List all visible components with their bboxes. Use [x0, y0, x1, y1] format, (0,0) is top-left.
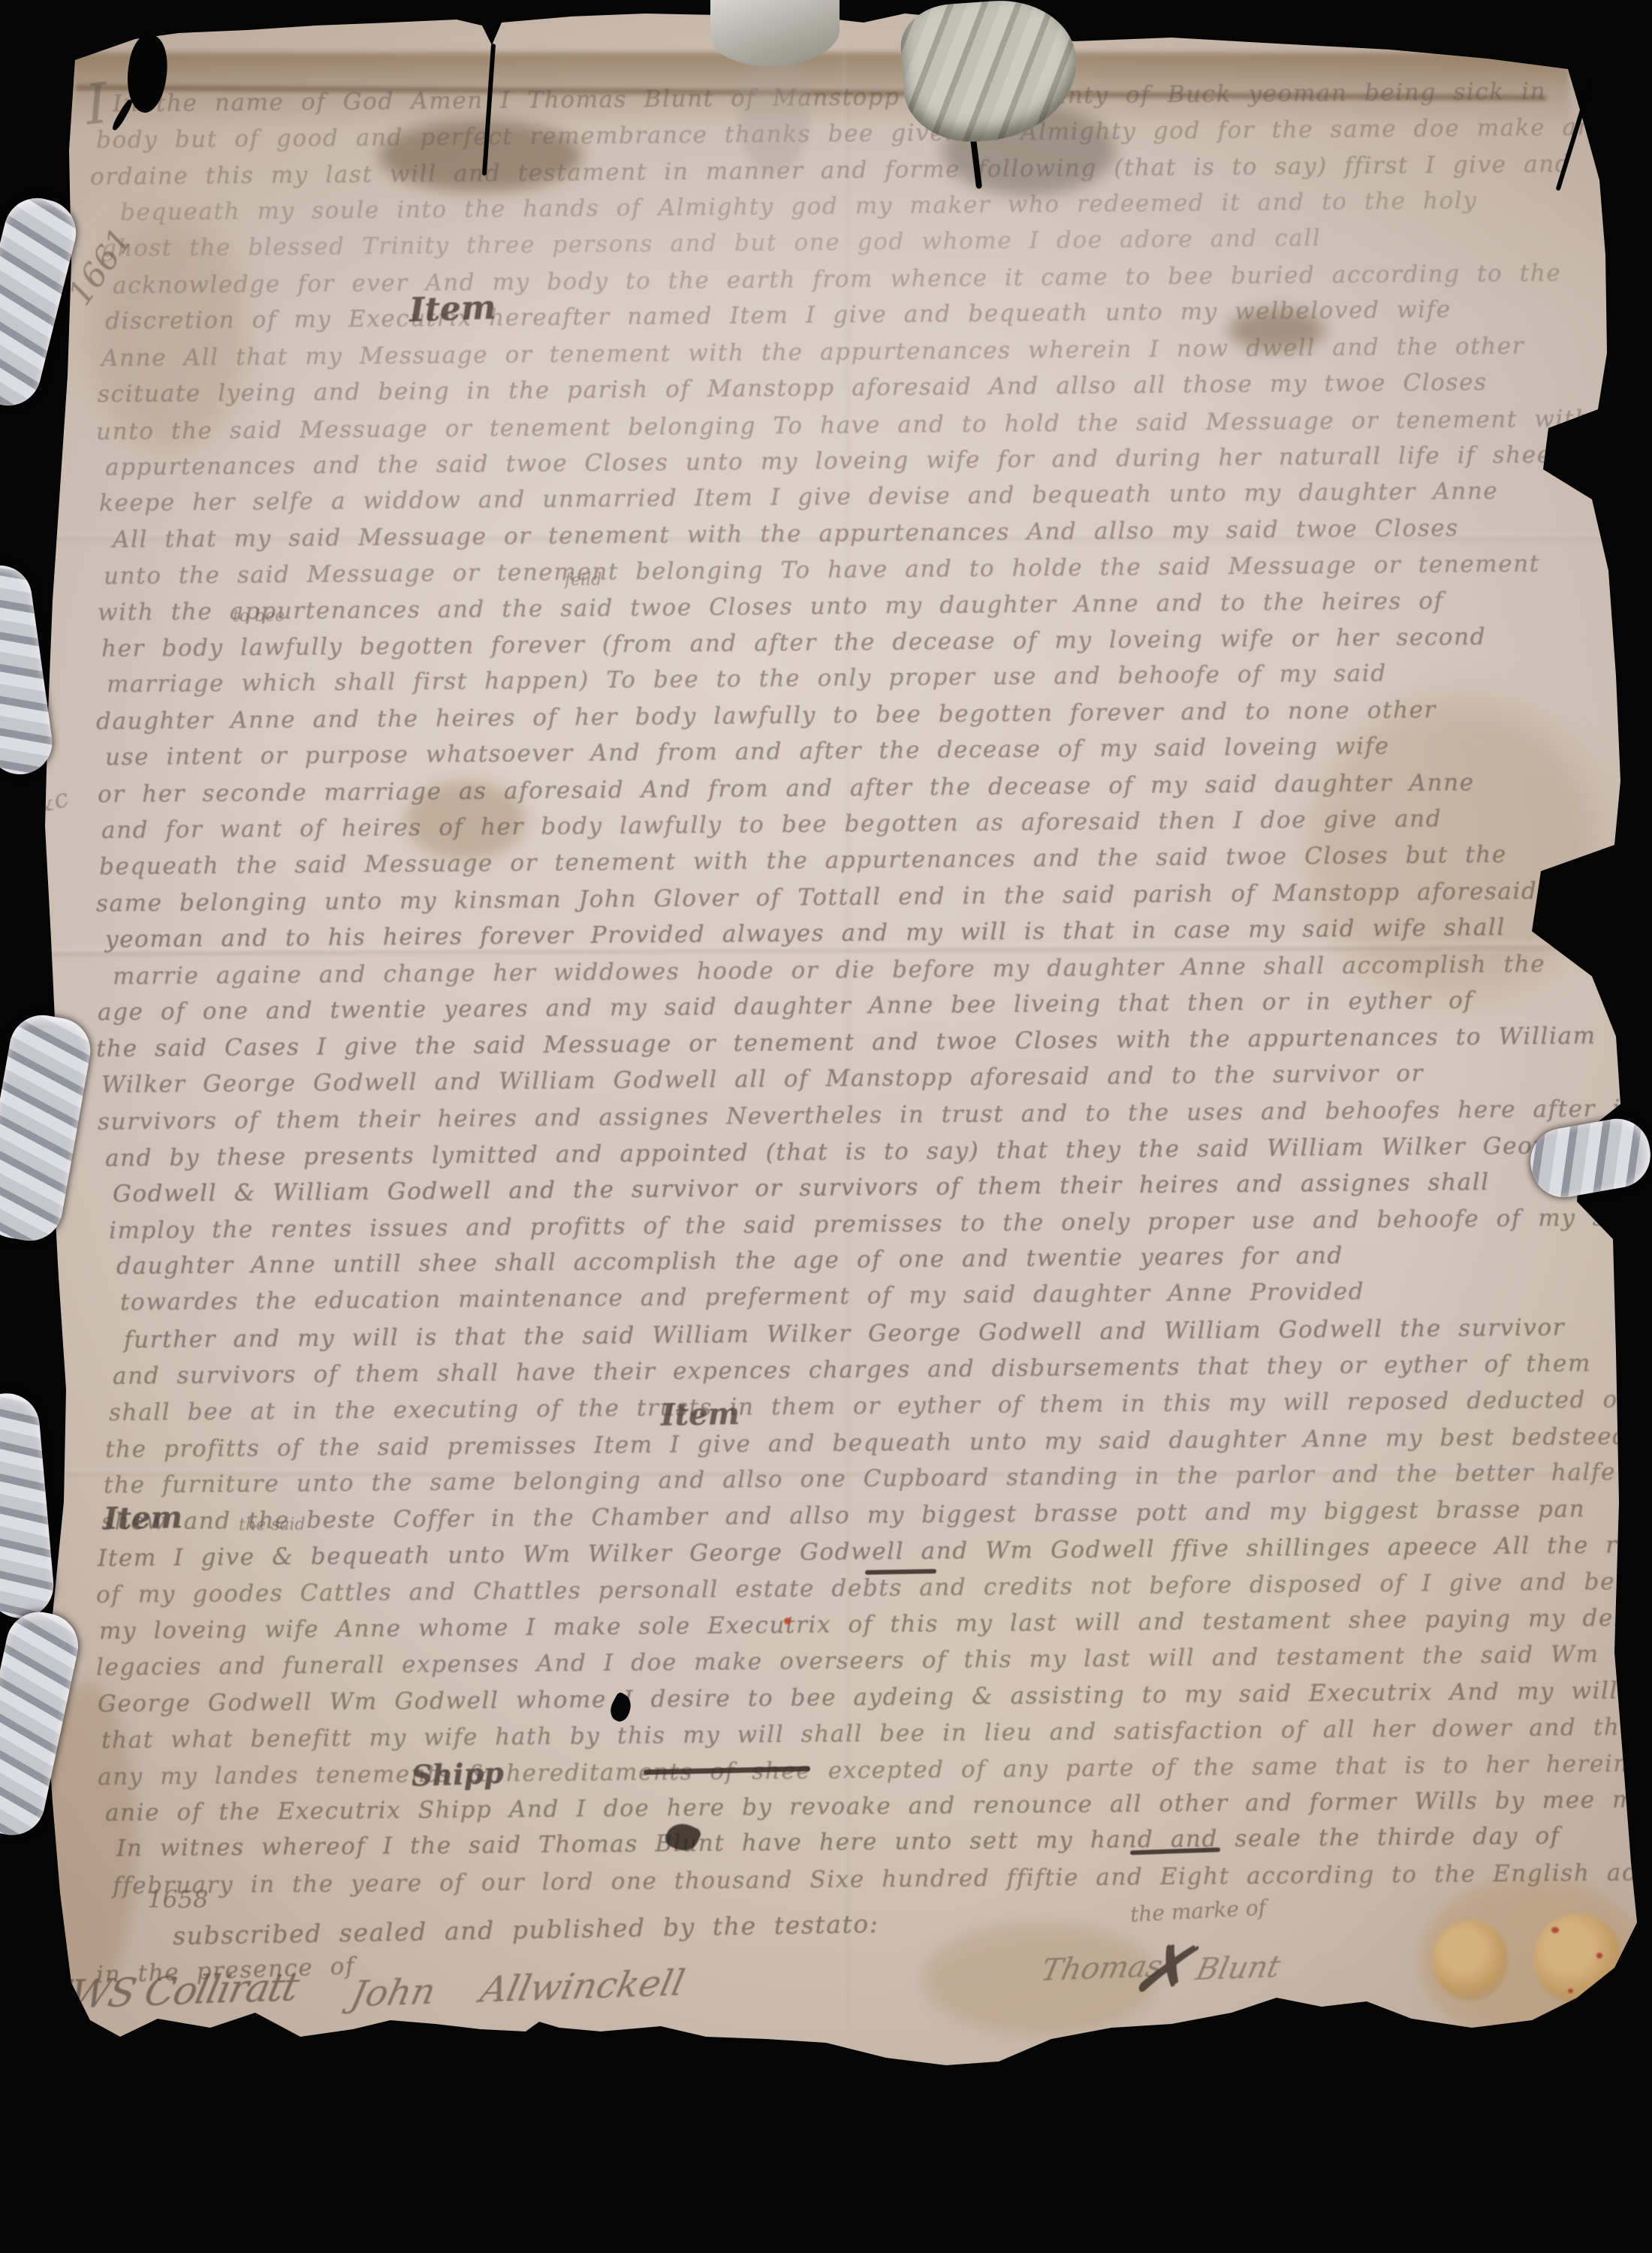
manuscript-line: marrie againe and change her widdowes ho… [113, 951, 1545, 991]
manuscript-line: shall bee at in the executing of the tru… [109, 1386, 1652, 1426]
manuscript-line: imploy the rentes issues and profitts of… [109, 1204, 1646, 1244]
red-wax-speck [1596, 1953, 1602, 1959]
presence-line: in the presence of [95, 1953, 355, 1989]
manuscript-line: the profitts of the said premisses Item … [105, 1422, 1652, 1464]
margin-annotation: &c [29, 783, 72, 821]
wax-seal-residue [1533, 1914, 1622, 2004]
manuscript-line: age of one and twentie yeares and my sai… [98, 987, 1474, 1026]
testator-mark-cross-icon: ✗ [1127, 1923, 1198, 2015]
manuscript-line: use intent or purpose whatsoever And fro… [105, 733, 1390, 771]
manuscript-line: bequeath my soule into the hands of Almi… [120, 187, 1478, 226]
manuscript-line: and for want of heires of her body lawfu… [101, 805, 1442, 844]
manuscript-line: body but of good and perfect remembrance… [96, 113, 1610, 154]
paper-curl-fragment [0, 1391, 56, 1621]
manuscript-line: bequeath the said Messuage or tenement w… [99, 841, 1507, 880]
paper-curl-fragment [0, 561, 56, 778]
red-wax-speck [1551, 1927, 1559, 1933]
manuscript-line: All that my said Messuage or tenement wi… [113, 514, 1459, 553]
red-wax-speck [1568, 1989, 1573, 1993]
manuscript-line: her body lawfully begotten forever (from… [101, 623, 1486, 662]
manuscript-line: George Godwell Wm Godwell whome I desire… [98, 1677, 1652, 1718]
manuscript-line: legacies and funerall expenses And I doe… [96, 1640, 1652, 1681]
manuscript-line: anie of the Executrix Shipp And I doe he… [105, 1786, 1652, 1826]
bold-ink-word: Item [408, 288, 496, 330]
grey-wax-smear [739, 53, 808, 173]
manuscript-line: Wilker George Godwell and William Godwel… [101, 1060, 1424, 1098]
margin-annotation: R [17, 1878, 63, 1941]
red-ink-speck [784, 1618, 791, 1624]
manuscript-line: discretion of my Executrix hereafter nam… [105, 296, 1452, 335]
manuscript-line: unto the said Messuage or tenement belon… [104, 550, 1540, 590]
manuscript-line: that what benefitt my wife hath by this … [101, 1713, 1652, 1754]
margin-annotation: m [20, 888, 40, 912]
manuscript-line: any my landes tenements & hereditaments … [98, 1748, 1652, 1791]
manuscript-line: acknowledge for ever And my body to the … [113, 260, 1562, 300]
manuscript-line: yeoman and to his heires forever Provide… [105, 914, 1506, 953]
manuscript-line: and survivors of them shall have their e… [113, 1350, 1591, 1389]
manuscript-line: appurtenances and the said twoe Closes u… [105, 442, 1552, 481]
handwritten-text-layer: EWS Colliratt John Allwinckell Thomas Bl… [0, 0, 1652, 2253]
testator-name-blunt: Blunt [1193, 1950, 1284, 1987]
manuscript-line: scituate lyeing and being in the parish … [98, 369, 1488, 408]
interlined-word: the said [239, 1516, 306, 1535]
marke-of-label: the marke of [1129, 1895, 1267, 1926]
interlined-word: feild [565, 571, 602, 590]
manuscript-line: same belonging unto my kinsman John Glov… [96, 878, 1538, 918]
manuscript-line: marriage which shall first happen) To be… [107, 660, 1387, 698]
manuscript-line: towardes the education maintenance and p… [120, 1278, 1364, 1316]
manuscript-line: and by these presents lymitted and appoi… [105, 1132, 1576, 1172]
wax-seal-residue [1433, 1920, 1508, 2001]
manuscript-line: Anne All that my Messuage or tenement wi… [101, 333, 1524, 372]
manuscript-line: daughter Anne and the heires of her body… [96, 696, 1436, 735]
manuscript-line: Godwell & William Godwell and the surviv… [113, 1169, 1490, 1208]
manuscript-line: with the appurtenances and the said twoe… [98, 587, 1444, 626]
manuscript-line: survivors of them their heires and assig… [98, 1095, 1638, 1136]
manuscript-line: the said Cases I give the said Messuage … [96, 1022, 1596, 1062]
manuscript-line: the furniture unto the same belonging an… [104, 1458, 1616, 1499]
manuscript-line: In witnes whereof I the said Thomas Blun… [116, 1823, 1560, 1862]
manuscript-line: ordaine this my last will and testament … [90, 150, 1572, 190]
manuscript-line: shew and the beste Coffer in the Chamber… [101, 1495, 1585, 1535]
witness-signature-john-allwinckell: John Allwinckell [347, 1962, 689, 2015]
bold-ink-word: Shipp [411, 1756, 504, 1793]
manuscript-paper-sheet: EWS Colliratt John Allwinckell Thomas Bl… [0, 0, 1652, 2253]
bold-ink-word: Item [104, 1500, 183, 1537]
attestation-line: subscribed sealed and published by the t… [173, 1909, 879, 1950]
manuscript-line: ffebruary in the yeare of our lord one t… [113, 1859, 1652, 1900]
manuscript-line: or her seconde marriage as aforesaid And… [98, 769, 1475, 808]
manuscript-line: ghost the blessed Trinity three persons … [101, 225, 1322, 262]
manuscript-line: Item I give & bequeath unto Wm Wilker Ge… [98, 1531, 1652, 1572]
manuscript-line: my loveing wife Anne whome I make sole E… [99, 1604, 1652, 1645]
manuscript-line: daughter Anne untill shee shall accompli… [116, 1242, 1343, 1280]
margin-annotation: I [83, 71, 111, 138]
bold-ink-word: Item [661, 1396, 740, 1433]
interlined-word: to bee [233, 607, 285, 626]
photograph-of-manuscript: EWS Colliratt John Allwinckell Thomas Bl… [0, 0, 1652, 2253]
manuscript-line: In the name of God Amen I Thomas Blunt o… [113, 78, 1547, 118]
manuscript-line: keepe her selfe a widdow and unmarried I… [99, 478, 1499, 517]
manuscript-line: further and my will is that the said Wil… [124, 1314, 1565, 1354]
manuscript-line: unto the said Messuage or tenement belon… [96, 405, 1650, 445]
